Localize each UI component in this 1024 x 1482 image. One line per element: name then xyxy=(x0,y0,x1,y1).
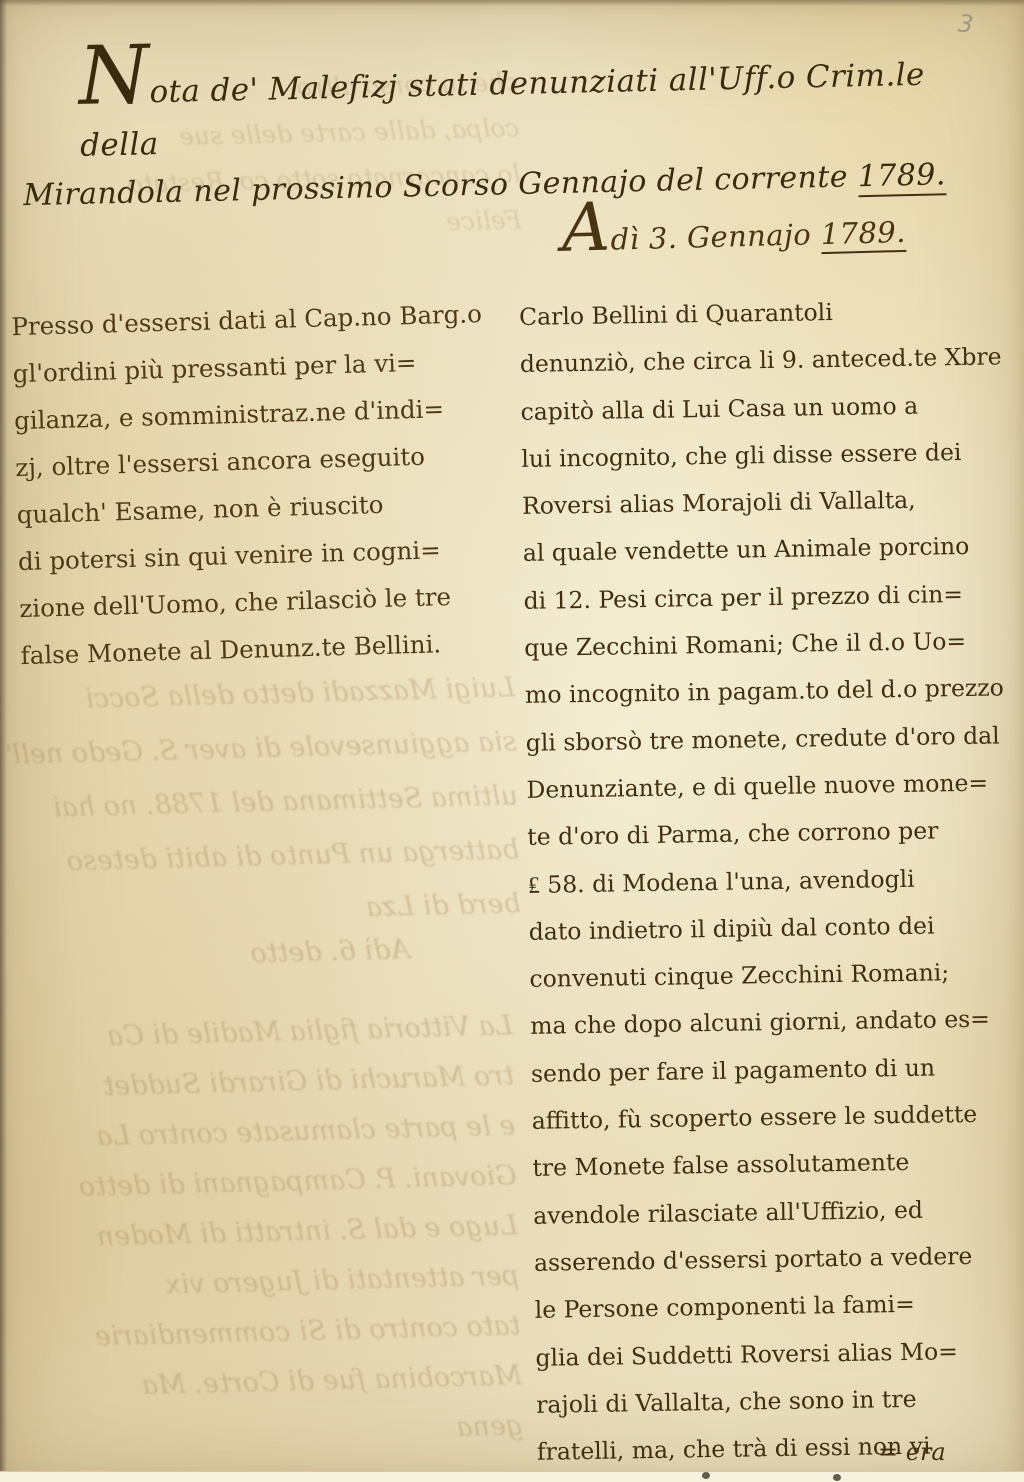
manuscript-text-line: avendole rilasciate all'Uffizio, ed xyxy=(533,1185,1024,1240)
manuscript-page: che in corso altrocolpa, dalle carte del… xyxy=(0,0,1024,1482)
paper-bottom-edge xyxy=(0,1471,1024,1482)
manuscript-text-line: tre Monete false assolutamente xyxy=(532,1137,1024,1192)
entry-date-heading: Adì 3. Gennajo 1789. xyxy=(562,212,1013,258)
manuscript-text-line: convenuti cinque Zecchini Romani; xyxy=(529,948,1024,1003)
manuscript-text-line: gli sborsò tre monete, credute d'oro dal xyxy=(525,712,1020,767)
pencil-page-number: 3 xyxy=(957,9,975,38)
paper-top-edge xyxy=(0,0,1024,6)
bleedthrough-block-middle: Luigi Mazzadi detto della Soccisia aggiu… xyxy=(0,661,521,944)
manuscript-text-line: Roversi alias Morajoli di Vallalta, xyxy=(522,475,1017,530)
manuscript-text-line: capitò alla di Lui Casa un uomo a xyxy=(520,381,1015,436)
manuscript-text-line: que Zecchini Romani; Che il d.o Uo= xyxy=(524,617,1019,672)
manuscript-text-line: ₤ 58. di Modena l'una, avendogli xyxy=(528,854,1023,909)
manuscript-text-line: glia dei Suddetti Roversi alias Mo= xyxy=(535,1327,1024,1382)
main-text-column: Carlo Bellini di Quarantolidenunziò, che… xyxy=(519,286,1024,1476)
manuscript-text-line: mo incognito in pagam.to del d.o prezzo xyxy=(525,665,1020,720)
document-title: Nota de' Malefizj stati denunziati all'U… xyxy=(20,47,1008,219)
manuscript-text-line: fratelli, ma, che trà di essi non vi xyxy=(537,1421,1024,1476)
manuscript-text-line: Denunziante, e di quelle nuove mone= xyxy=(526,759,1021,814)
manuscript-text-line: affitto, fù scoperto essere le suddette xyxy=(531,1090,1024,1145)
manuscript-text-line: le Persone componenti la fami= xyxy=(534,1279,1024,1334)
left-margin-summary: Presso d'essersi dati al Cap.no Barg.ogl… xyxy=(11,289,533,679)
manuscript-text-line: al quale vendette un Animale porcino xyxy=(522,523,1017,578)
manuscript-text-line: ma che dopo alcuni giorni, andato es= xyxy=(530,996,1024,1051)
manuscript-text-line: dato indietro il dipiù dal conto dei xyxy=(528,901,1023,956)
manuscript-text-line: lui incognito, che gli disse essere dei xyxy=(521,428,1016,483)
manuscript-text-line: sendo per fare il pagamento di un xyxy=(531,1043,1024,1098)
bleedthrough-block-bottom: La Vittoria figlia Madile di Catro Maruc… xyxy=(0,1001,524,1464)
manuscript-text-line: Carlo Bellini di Quarantoli xyxy=(519,286,1014,341)
manuscript-text-line: denunziò, che circa li 9. anteced.te Xbr… xyxy=(519,333,1014,388)
bleedthrough-date-line: Adì 6. detto xyxy=(110,934,411,973)
manuscript-text-line: di 12. Pesi circa per il prezzo di cin= xyxy=(523,570,1018,625)
manuscript-text-line: asserendo d'essersi portato a vedere xyxy=(534,1232,1024,1287)
title-year-underlined: 1789. xyxy=(857,157,946,197)
paper-speck xyxy=(833,1474,841,1481)
manuscript-text-line: rajoli di Vallalta, che sono in tre xyxy=(536,1374,1024,1429)
manuscript-text-line: te d'oro di Parma, che corrono per xyxy=(527,806,1022,861)
catchword: = era xyxy=(878,1438,946,1466)
entry-date-text: Adì 3. Gennajo xyxy=(562,217,822,258)
entry-date-year-underlined: 1789. xyxy=(820,215,906,254)
